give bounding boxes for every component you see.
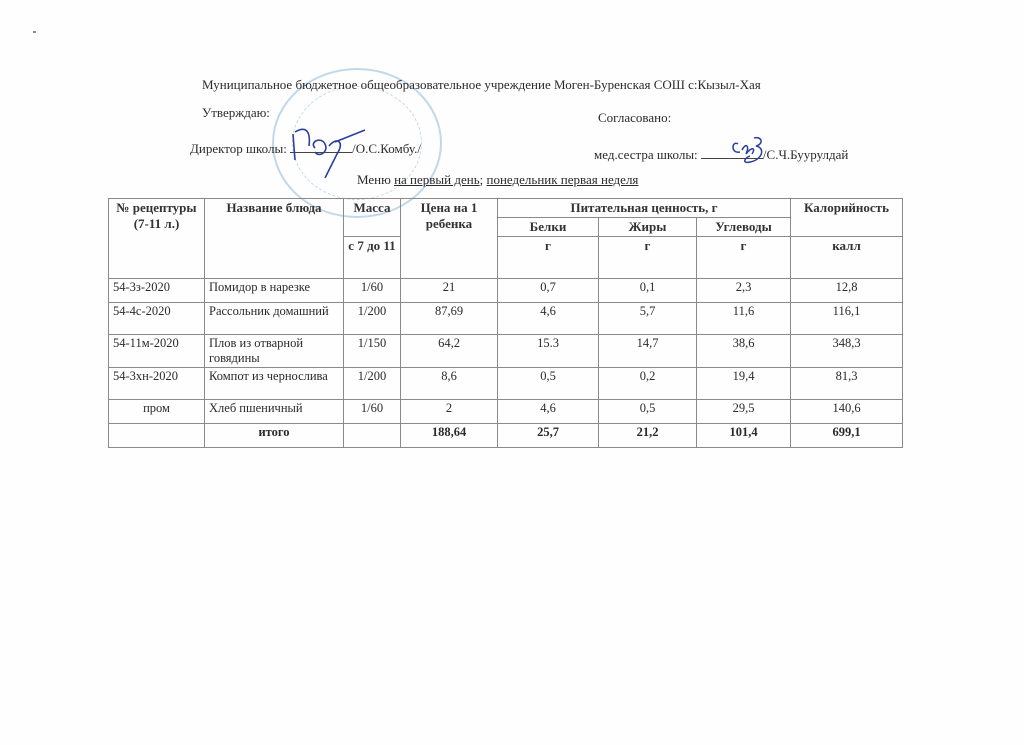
protein-cell: 0,5: [498, 368, 599, 400]
approve-label: Утверждаю:: [202, 105, 270, 121]
header-fat: Жиры: [599, 218, 697, 237]
director-label: Директор школы:: [190, 141, 287, 156]
price-cell: 87,69: [401, 303, 498, 335]
table-row: 54-3з-2020Помидор в нарезке1/60210,70,12…: [109, 279, 903, 303]
total-empty: [109, 424, 205, 448]
carbs-cell: 19,4: [697, 368, 791, 400]
dish-name-cell: Компот из чернослива: [205, 368, 344, 400]
total-mass-empty: [344, 424, 401, 448]
total-label: итого: [205, 424, 344, 448]
fat-cell: 0,1: [599, 279, 697, 303]
price-cell: 21: [401, 279, 498, 303]
scan-speck: [33, 31, 36, 33]
menu-table: № рецептуры (7-11 л.) Название блюда Мас…: [108, 198, 903, 448]
recipe-code-cell: 54-4с-2020: [109, 303, 205, 335]
unit-protein: г: [498, 237, 599, 279]
protein-cell: 15.3: [498, 335, 599, 368]
menu-title: Меню на первый день; понедельник первая …: [357, 172, 638, 188]
kcal-cell: 12,8: [791, 279, 903, 303]
recipe-code-cell: 54-3хн-2020: [109, 368, 205, 400]
carbs-cell: 11,6: [697, 303, 791, 335]
mass-cell: 1/150: [344, 335, 401, 368]
nurse-name: /С.Ч.Буурулдай: [763, 147, 848, 162]
header-price: Цена на 1 ребенка: [401, 199, 498, 279]
fat-cell: 5,7: [599, 303, 697, 335]
price-cell: 64,2: [401, 335, 498, 368]
header-recipe-no: № рецептуры (7-11 л.): [109, 199, 205, 279]
dish-name-cell: Плов из отварной говядины: [205, 335, 344, 368]
carbs-cell: 38,6: [697, 335, 791, 368]
carbs-cell: 29,5: [697, 400, 791, 424]
dish-name-cell: Хлеб пшеничный: [205, 400, 344, 424]
kcal-cell: 81,3: [791, 368, 903, 400]
price-cell: 8,6: [401, 368, 498, 400]
kcal-cell: 116,1: [791, 303, 903, 335]
table-row: промХлеб пшеничный1/6024,60,529,5140,6: [109, 400, 903, 424]
fat-cell: 14,7: [599, 335, 697, 368]
fat-cell: 0,2: [599, 368, 697, 400]
recipe-code-cell: пром: [109, 400, 205, 424]
protein-cell: 0,7: [498, 279, 599, 303]
nurse-signature-icon: [728, 132, 772, 168]
total-row: итого 188,64 25,7 21,2 101,4 699,1: [109, 424, 903, 448]
kcal-cell: 140,6: [791, 400, 903, 424]
table-row: 54-11м-2020Плов из отварной говядины1/15…: [109, 335, 903, 368]
nurse-label: мед.сестра школы:: [594, 147, 698, 162]
menu-week: понедельник первая неделя: [487, 172, 639, 187]
menu-prefix: Меню: [357, 172, 394, 187]
header-nutrition: Питательная ценность, г: [498, 199, 791, 218]
total-carbs: 101,4: [697, 424, 791, 448]
price-cell: 2: [401, 400, 498, 424]
mass-cell: 1/60: [344, 400, 401, 424]
recipe-code-cell: 54-11м-2020: [109, 335, 205, 368]
carbs-cell: 2,3: [697, 279, 791, 303]
nurse-signature-line: мед.сестра школы: /С.Ч.Буурулдай: [594, 146, 848, 163]
header-mass-sub: с 7 до 11: [344, 237, 401, 279]
table-row: 54-4с-2020Рассольник домашний1/20087,694…: [109, 303, 903, 335]
header-mass: Масса: [344, 199, 401, 237]
total-protein: 25,7: [498, 424, 599, 448]
header-dish: Название блюда: [205, 199, 344, 279]
header-protein: Белки: [498, 218, 599, 237]
total-price: 188,64: [401, 424, 498, 448]
recipe-code-cell: 54-3з-2020: [109, 279, 205, 303]
fat-cell: 0,5: [599, 400, 697, 424]
mass-cell: 1/60: [344, 279, 401, 303]
mass-cell: 1/200: [344, 303, 401, 335]
unit-kcal: калл: [791, 237, 903, 279]
menu-separator: ;: [480, 172, 487, 187]
unit-carbs: г: [697, 237, 791, 279]
dish-name-cell: Помидор в нарезке: [205, 279, 344, 303]
kcal-cell: 348,3: [791, 335, 903, 368]
header-calories: Калорийность: [791, 199, 903, 237]
dish-name-cell: Рассольник домашний: [205, 303, 344, 335]
menu-day: на первый день: [394, 172, 480, 187]
unit-fat: г: [599, 237, 697, 279]
table-row: 54-3хн-2020Компот из чернослива1/2008,60…: [109, 368, 903, 400]
total-kcal: 699,1: [791, 424, 903, 448]
agreed-label: Согласовано:: [598, 110, 671, 126]
institution-title: Муниципальное бюджетное общеобразователь…: [202, 77, 761, 93]
total-fat: 21,2: [599, 424, 697, 448]
protein-cell: 4,6: [498, 303, 599, 335]
mass-cell: 1/200: [344, 368, 401, 400]
protein-cell: 4,6: [498, 400, 599, 424]
header-carbs: Углеводы: [697, 218, 791, 237]
